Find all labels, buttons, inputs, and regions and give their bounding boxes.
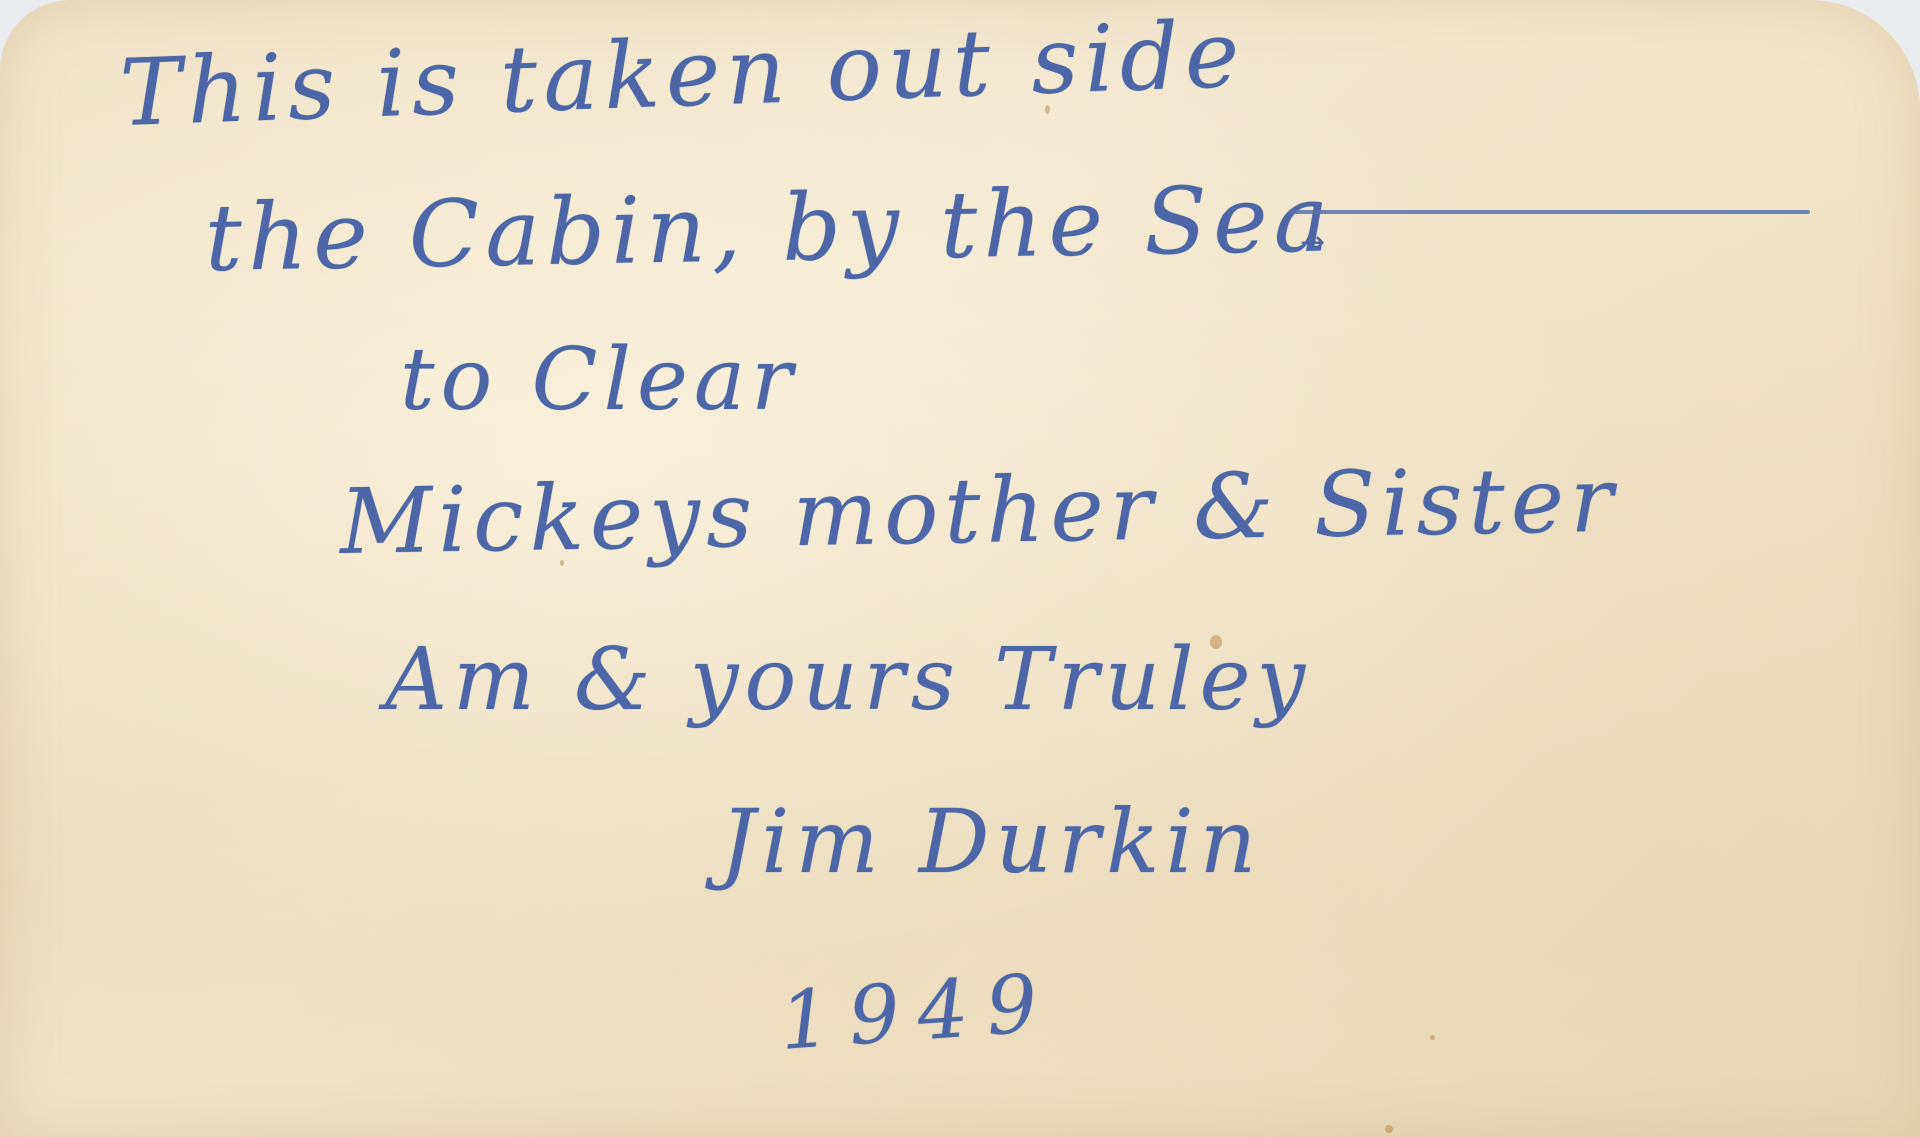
handwritten-line-1: This is taken out side (118, 1, 1247, 147)
ink-stain (1430, 1035, 1435, 1040)
arrow-right-icon: → (1300, 232, 1420, 254)
note-card: This is taken out side the Cabin, by the… (0, 0, 1920, 1137)
ink-stain (1385, 1125, 1393, 1133)
handwritten-line-5: Am & yours Truley (385, 630, 1311, 730)
year: 1949 (777, 956, 1058, 1068)
handwritten-line-2: the Cabin, by the Sea (204, 165, 1335, 292)
handwritten-line-3: to Clear (400, 330, 798, 430)
sea-underline (1290, 210, 1810, 214)
handwritten-line-4: Mickeys mother & Sister (339, 448, 1620, 575)
signature: Jim Durkin (720, 790, 1262, 893)
